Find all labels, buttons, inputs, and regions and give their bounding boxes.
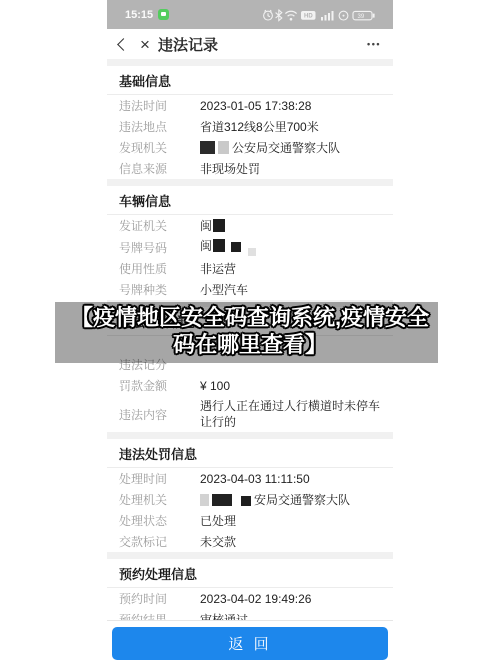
nav-bar: × 违法记录 •••	[107, 29, 393, 59]
wifi-icon	[285, 11, 296, 20]
section-divider	[107, 59, 393, 66]
redaction-block	[200, 141, 215, 154]
footer-bar: 返 回	[107, 620, 393, 666]
svg-text:HD: HD	[304, 13, 313, 19]
redaction-block	[213, 219, 225, 232]
redaction-block	[200, 494, 209, 506]
redaction-block	[213, 239, 225, 252]
redaction-block	[212, 494, 232, 506]
back-chevron-icon[interactable]	[117, 38, 130, 51]
message-notification-icon	[158, 9, 169, 20]
svg-text:39: 39	[358, 13, 365, 19]
close-icon[interactable]: ×	[140, 36, 150, 53]
section-divider	[107, 179, 393, 186]
signal-icon	[321, 11, 334, 21]
table-row: 处理状态 已处理	[107, 510, 393, 531]
section-title: 违法处罚信息	[107, 439, 393, 468]
more-icon[interactable]: •••	[367, 39, 381, 49]
vpn-circle-icon	[339, 11, 348, 20]
redaction-block	[231, 242, 241, 252]
table-row: 号牌种类 小型汽车	[107, 279, 393, 300]
status-icons: HD 39	[262, 8, 384, 22]
section-penalty-info: 违法处罚信息 处理时间 2023-04-03 11:11:50 处理机关 安局交…	[107, 439, 393, 552]
table-row: 信息来源 非现场处罚	[107, 158, 393, 179]
section-divider	[107, 432, 393, 439]
table-row: 违法内容 遇行人正在通过人行横道时未停车让行的	[107, 396, 393, 432]
status-bar: 15:15 HD	[107, 0, 393, 29]
table-row: 罚款金额 ¥ 100	[107, 375, 393, 396]
redaction-block	[218, 141, 229, 154]
hd-icon: HD	[301, 11, 316, 20]
section-title: 预约处理信息	[107, 559, 393, 588]
table-row: 使用性质 非运营	[107, 258, 393, 279]
table-row: 发现机关 公安局交通警察大队	[107, 137, 393, 158]
section-basic-info: 基础信息 违法时间 2023-01-05 17:38:28 违法地点 省道312…	[107, 66, 393, 179]
redaction-block	[248, 248, 256, 256]
table-row: 预约时间 2023-04-02 19:49:26	[107, 588, 393, 609]
alarm-clock-icon	[264, 10, 273, 20]
table-row: 违法时间 2023-01-05 17:38:28	[107, 95, 393, 116]
table-row: 违法地点 省道312线8公里700米	[107, 116, 393, 137]
battery-icon: 39	[353, 11, 375, 19]
table-row: 发证机关 闽	[107, 215, 393, 236]
section-divider	[107, 552, 393, 559]
redaction-block	[241, 496, 251, 506]
table-row: 交款标记 未交款	[107, 531, 393, 552]
status-time: 15:15	[125, 9, 153, 21]
watermark-text: 【疫情地区安全码查询系统,疫情安全 码在哪里查看】	[0, 304, 500, 358]
page-title: 违法记录	[158, 34, 218, 55]
table-row: 号牌号码 闽	[107, 236, 393, 258]
section-title: 基础信息	[107, 66, 393, 95]
screenshot-canvas: 15:15 HD	[0, 0, 500, 666]
bluetooth-icon	[276, 9, 282, 20]
section-vehicle-info: 车辆信息 发证机关 闽 号牌号码 闽 使用性质 非运营 号牌种类 小型汽车	[107, 186, 393, 300]
return-button[interactable]: 返 回	[112, 627, 388, 660]
table-row: 处理机关 安局交通警察大队	[107, 489, 393, 510]
table-row: 处理时间 2023-04-03 11:11:50	[107, 468, 393, 489]
section-title: 车辆信息	[107, 186, 393, 215]
